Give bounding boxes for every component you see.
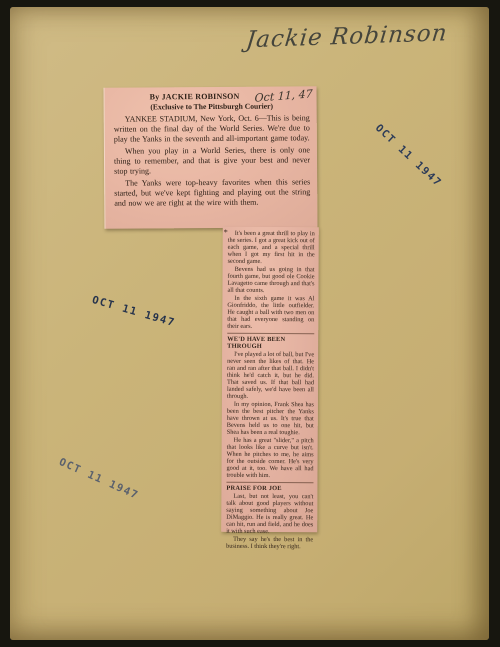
lead-paragraph: The Yanks were top-heavy favorites when … <box>114 177 310 208</box>
column-paragraph: I've played a lot of ball, but I've neve… <box>227 351 314 400</box>
column-paragraph: It's been a great thrill to play in the … <box>228 230 315 265</box>
scanned-page: Jackie Robinson OCT 11 1947 OCT 11 1947 … <box>0 0 500 647</box>
lead-paragraph: YANKEE STADIUM, New York, Oct. 6—This is… <box>114 113 310 144</box>
column-paragraph: In the sixth game it was Al Gionfriddo, … <box>227 295 314 330</box>
column-subhead: PRAISE FOR JOE <box>226 482 313 492</box>
news-clipping-column: * It's been a great thrill to play in th… <box>221 227 319 532</box>
column-paragraph: Last, but not least, you can't talk abou… <box>226 493 313 535</box>
lead-paragraph: When you play in a World Series, there i… <box>114 145 310 176</box>
column-paragraph: Bevens had us going in that fourth game,… <box>227 266 314 294</box>
clipping-credit: (Exclusive to The Pittsburgh Courier) <box>114 101 310 112</box>
news-clipping-top: Oct 11, 47 By JACKIE ROBINSON (Exclusive… <box>104 86 318 228</box>
column-paragraph: In my opinion, Frank Shea has been the b… <box>227 401 314 436</box>
column-subhead: WE'D HAVE BEEN THROUGH <box>227 333 314 350</box>
column-paragraph: He has a great "slider," a pitch that lo… <box>226 437 313 479</box>
clipping-lead: YANKEE STADIUM, New York, Oct. 6—This is… <box>114 113 311 208</box>
column-paragraph: They say he's the best in the business. … <box>226 536 313 550</box>
asterisk-marker: * <box>224 228 228 237</box>
